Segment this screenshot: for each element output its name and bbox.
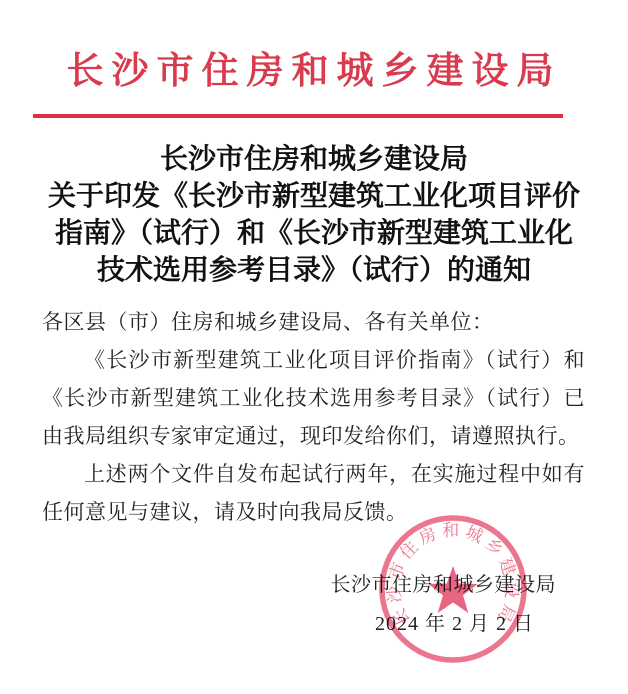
signature-date: 2024 年 2 月 2 日 (375, 607, 534, 636)
letterhead-divider-rule (33, 114, 563, 118)
body-paragraph-1: 《长沙市新型建筑工业化项目评价指南》（试行）和《长沙市新型建筑工业化技术选用参考… (42, 341, 585, 455)
letterhead-agency-name: 长沙市住房和城乡建设局 (0, 40, 628, 94)
salutation-line: 各区县（市）住房和城乡建设局、各有关单位： (42, 303, 585, 341)
document-body: 各区县（市）住房和城乡建设局、各有关单位： 《长沙市新型建筑工业化项目评价指南》… (42, 303, 585, 531)
signature-agency-name: 长沙市住房和城乡建设局 (331, 568, 557, 597)
document-title-line-1: 长沙市住房和城乡建设局 (0, 141, 628, 178)
official-document-page: 长沙市住房和城乡建设局 长沙市住房和城乡建设局 关于印发《长沙市新型建筑工业化项… (0, 0, 628, 694)
document-title-line-3: 指南》（试行）和《长沙市新型建筑工业化 (0, 215, 628, 252)
document-title-line-4: 技术选用参考目录》（试行）的通知 (0, 252, 628, 289)
document-title-line-2: 关于印发《长沙市新型建筑工业化项目评价 (0, 178, 628, 215)
body-paragraph-2: 上述两个文件自发布起试行两年，在实施过程中如有任何意见与建议，请及时向我局反馈。 (42, 455, 585, 531)
document-title: 长沙市住房和城乡建设局 关于印发《长沙市新型建筑工业化项目评价 指南》（试行）和… (0, 141, 628, 289)
